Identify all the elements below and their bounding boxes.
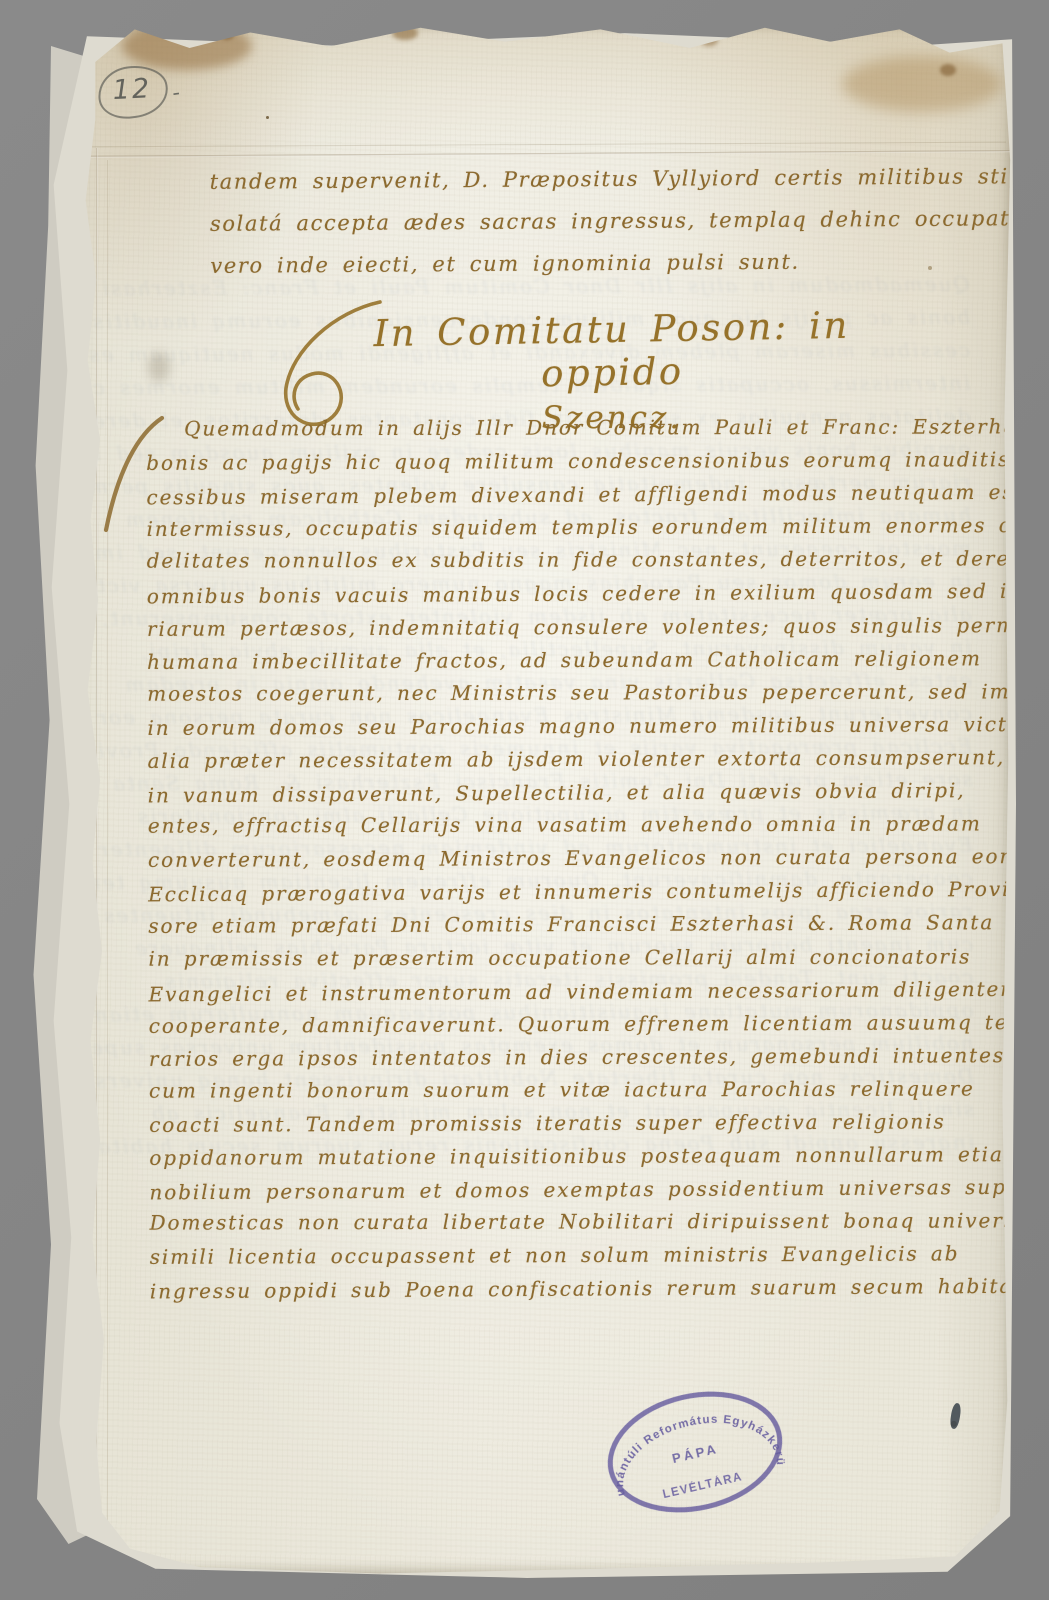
manuscript-line: alia præter necessitatem ab ijsdem viole… [147,741,1007,778]
manuscript-line: coacti sunt. Tandem promissis iteratis s… [149,1105,1009,1142]
ink-blot [949,1402,962,1429]
page-number-badge: 12 - [95,62,171,122]
manuscript-line: tandem supervenit, D. Præpositus Vyllyio… [210,155,1022,203]
vertical-crease-faint [107,160,108,1545]
manuscript-line: rarios erga ipsos intentatos in dies cre… [149,1039,1009,1076]
manuscript-line: simili licentia occupassent et non solum… [150,1237,1010,1274]
manuscript-line: in præmissis et præsertim occupatione Ce… [148,940,1008,975]
ink-speck [266,116,269,119]
manuscript-line: bonis ac pagijs hic quoq militum condesc… [146,443,1006,480]
manuscript-line: oppidanorum mutatione inquisitionibus po… [149,1138,1009,1175]
manuscript-line: in eorum domos seu Parochias magno numer… [147,708,1007,745]
manuscript-line: cum ingenti bonorum suorum et vitæ iactu… [149,1072,1009,1107]
manuscript-line: in vanum dissipaverunt, Supellectilia, e… [148,774,1008,813]
manuscript-line: entes, effractisq Cellarijs vina vasatim… [148,807,1008,842]
manuscript-line: moestos coegerunt, nec Ministris seu Pas… [147,675,1007,710]
margin-smudge [148,352,170,382]
opening-paragraph: tandem supervenit, D. Præpositus Vyllyio… [210,155,1023,287]
stamp-place: PÁPA [671,1441,720,1466]
manuscript-line: cessibus miseram plebem divexandi et aff… [146,476,1006,515]
top-right-stain [842,56,1002,112]
manuscript-line: delitates nonnullos ex subditis in fide … [147,543,1007,578]
manuscript-line: cooperante, damnificaverunt. Quorum effr… [149,1006,1009,1043]
edge-spot [220,30,234,40]
manuscript-line: intermissus, occupatis siquidem templis … [146,509,1006,546]
archive-stamp: A Dunántúli Református Egyházkerület PÁP… [588,1366,803,1537]
manuscript-line: ingressu oppidi sub Poena confiscationis… [150,1270,1010,1309]
manuscript-scan: Quemadmodum in alijs Illr Dnor Comitum P… [0,0,1049,1600]
manuscript-line: riarum pertæsos, indemnitatiq consulere … [147,609,1007,646]
manuscript-line: omnibus bonis vacuis manibus locis ceder… [147,575,1007,614]
manuscript-page: Quemadmodum in alijs Illr Dnor Comitum P… [52,20,1014,1575]
manuscript-line: Evangelici et instrumentorum ad vindemia… [148,972,1008,1011]
manuscript-line: vero inde eiecti, et cum ignominia pulsi… [210,239,1022,287]
manuscript-line: sore etiam præfati Dni Comitis Francisci… [148,907,1008,944]
manuscript-line: solatá accepta ædes sacras ingressus, te… [210,197,1022,245]
manuscript-line: Domesticas non curata libertate Nobilita… [150,1205,1010,1240]
edge-spot [392,26,418,40]
page-number: 12 [112,73,152,106]
edge-spot [940,64,956,76]
manuscript-line: Ecclicaq prærogativa varijs et innumeris… [148,873,1008,912]
manuscript-line: Quemadmodum in alijs Illr Dnor Comitum P… [146,410,1006,445]
manuscript-line: humana imbecillitate fractos, ad subeund… [147,642,1007,679]
heading-line-1: In Comitatu Poson: in oppido [301,303,922,400]
manuscript-line: converterunt, eosdemq Ministros Evangeli… [148,840,1008,877]
main-body-text: Quemadmodum in alijs Illr Dnor Comitum P… [146,410,1010,1307]
